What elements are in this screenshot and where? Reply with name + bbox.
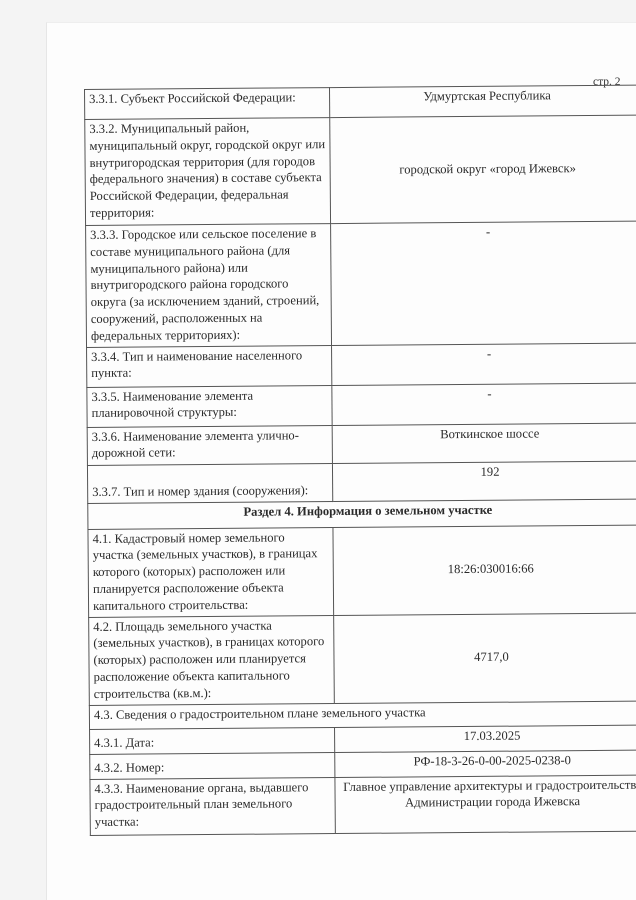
table-row: 4.3.3. Наименование органа, выдавшего гр… bbox=[90, 775, 636, 835]
row-value: 17.03.2025 bbox=[335, 725, 636, 752]
table-row: 3.3.2. Муниципальный район, муниципальны… bbox=[85, 115, 636, 225]
table-row: 3.3.3. Городское или сельское поселение … bbox=[86, 221, 636, 347]
row-value: - bbox=[332, 383, 636, 425]
row-value: Воткинское шоссе bbox=[332, 423, 636, 463]
row-label: 3.3.2. Муниципальный район, муниципальны… bbox=[85, 118, 331, 226]
row-label: 3.3.4. Тип и наименование населенного пу… bbox=[87, 345, 332, 387]
row-label: 4.3.3. Наименование органа, выдавшего гр… bbox=[90, 777, 335, 835]
row-label: 3.3.3. Городское или сельское поселение … bbox=[86, 224, 332, 347]
row-value: 192 bbox=[332, 461, 636, 501]
row-label: 4.2. Площадь земельного участка (земельн… bbox=[89, 615, 335, 705]
table-row: 3.3.6. Наименование элемента улично-доро… bbox=[87, 423, 636, 465]
row-value: РФ-18-3-26-0-00-2025-0238-0 bbox=[335, 750, 636, 777]
row-label: 4.3.2. Номер: bbox=[90, 752, 335, 779]
table-row: 3.3.7. Тип и номер здания (сооружения): … bbox=[87, 461, 636, 503]
table-row: 3.3.4. Тип и наименование населенного пу… bbox=[87, 343, 636, 387]
table-row: 3.3.1. Субъект Российской Федерации: Удм… bbox=[85, 85, 636, 119]
row-value: городской округ «город Ижевск» bbox=[330, 115, 636, 223]
row-value: - bbox=[331, 221, 636, 345]
row-value: 18:26:030016:66 bbox=[333, 525, 636, 615]
table-row: 4.2. Площадь земельного участка (земельн… bbox=[89, 613, 636, 705]
row-label: 3.3.5. Наименование элемента планировочн… bbox=[87, 385, 332, 427]
table-row: 4.1. Кадастровый номер земельного участк… bbox=[88, 525, 636, 617]
row-label: 4.1. Кадастровый номер земельного участк… bbox=[88, 527, 334, 617]
row-value: 4717,0 bbox=[334, 613, 636, 703]
permit-info-table: 3.3.1. Субъект Российской Федерации: Удм… bbox=[84, 85, 636, 836]
row-label: 3.3.6. Наименование элемента улично-доро… bbox=[87, 425, 332, 465]
row-value: Главное управление архитектуры и градост… bbox=[335, 775, 636, 833]
table-row: 3.3.5. Наименование элемента планировочн… bbox=[87, 383, 636, 427]
row-value: Удмуртская Республика bbox=[329, 85, 636, 117]
row-label: 3.3.7. Тип и номер здания (сооружения): bbox=[87, 463, 332, 503]
row-value: - bbox=[332, 343, 636, 385]
row-label: 3.3.1. Субъект Российской Федерации: bbox=[85, 88, 330, 120]
row-label: 4.3.1. Дата: bbox=[90, 727, 335, 754]
